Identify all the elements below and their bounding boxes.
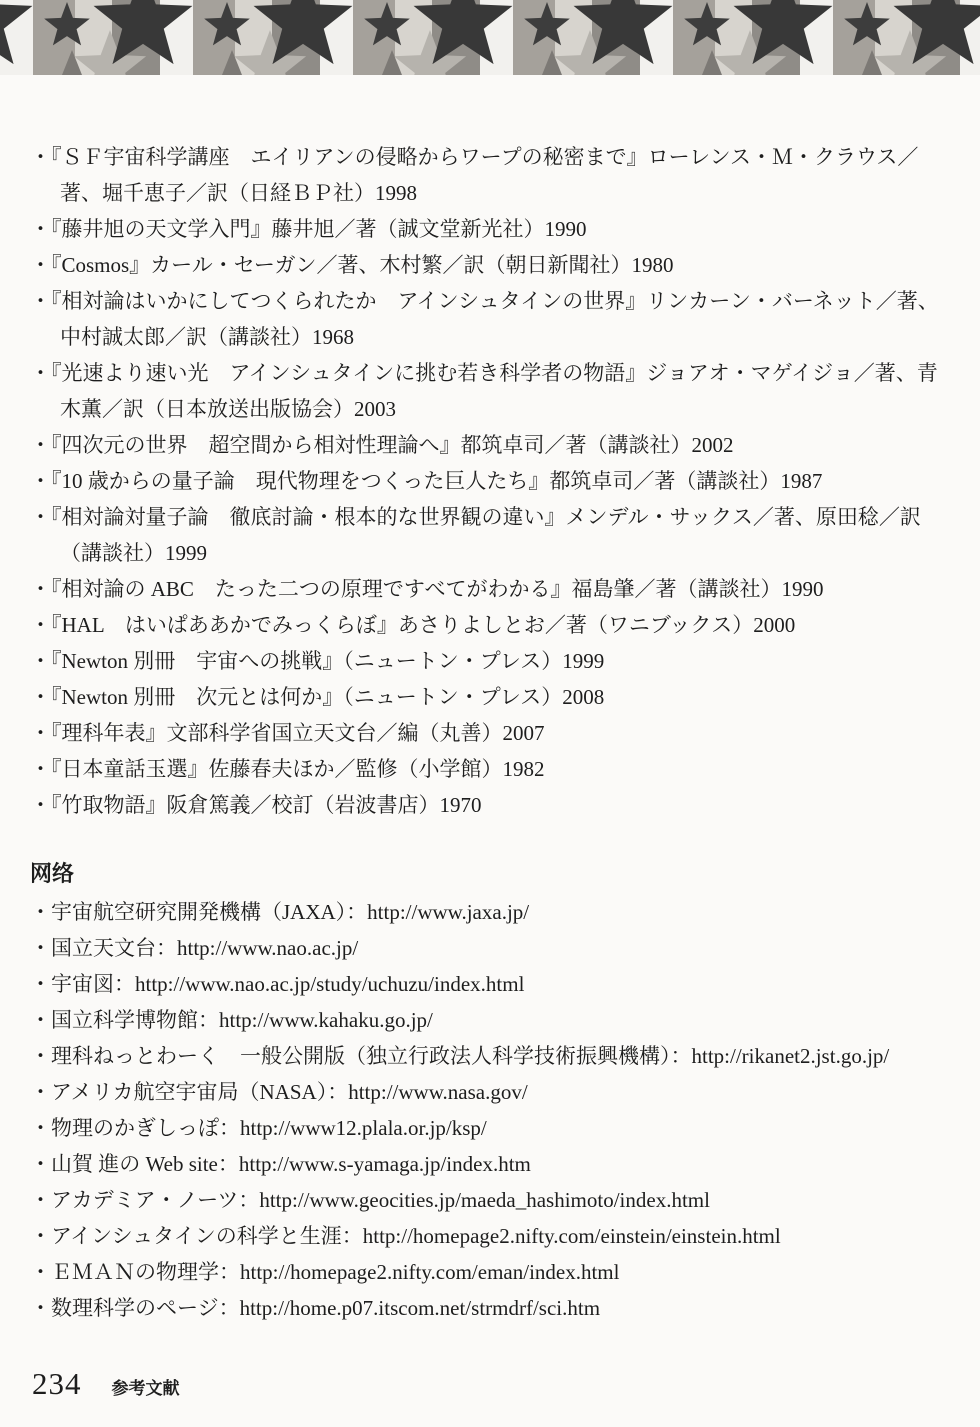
bullet-marker: ・ xyxy=(30,361,51,385)
bibliography-list: ・『ＳＦ宇宙科学講座 エイリアンの侵略からワープの秘密まで』ローレンス・Ｍ・クラ… xyxy=(0,139,980,823)
web-link-entry: ・物理のかぎしっぽ：http://www12.plala.or.jp/ksp/ xyxy=(30,1110,950,1146)
bibliography-entry: ・『ＳＦ宇宙科学講座 エイリアンの侵略からワープの秘密まで』ローレンス・Ｍ・クラ… xyxy=(30,139,950,211)
bullet-marker: ・ xyxy=(30,649,51,673)
bullet-marker: ・ xyxy=(30,1044,51,1068)
bullet-marker: ・ xyxy=(30,1080,51,1104)
entry-text: 宇宙図：http://www.nao.ac.jp/study/uchuzu/in… xyxy=(51,972,524,996)
entry-text: 『Cosmos』カール・セーガン／著、木村繁／訳（朝日新聞社）1980 xyxy=(51,253,674,277)
entry-text: アインシュタインの科学と生涯：http://homepage2.nifty.co… xyxy=(51,1224,781,1248)
web-link-entry: ・宇宙航空研究開発機構（JAXA）：http://www.jaxa.jp/ xyxy=(30,894,950,930)
book-page: ・『ＳＦ宇宙科学講座 エイリアンの侵略からワープの秘密まで』ローレンス・Ｍ・クラ… xyxy=(0,0,980,1427)
web-link-entry: ・国立科学博物館：http://www.kahaku.go.jp/ xyxy=(30,1002,950,1038)
bibliography-entry: ・『相対論はいかにしてつくられたか アインシュタインの世界』リンカーン・バーネッ… xyxy=(30,283,950,355)
bibliography-entry: ・『四次元の世界 超空間から相対性理論へ』都筑卓司／著（講談社）2002 xyxy=(30,427,950,463)
bibliography-entry: ・『光速より速い光 アインシュタインに挑む若き科学者の物語』ジョアオ・マゲイジョ… xyxy=(30,355,950,427)
entry-text: 『相対論はいかにしてつくられたか アインシュタインの世界』リンカーン・バーネット… xyxy=(51,289,939,349)
bullet-marker: ・ xyxy=(30,613,51,637)
entry-text: 『Newton 別冊 宇宙への挑戦』（ニュートン・プレス）1999 xyxy=(51,649,604,673)
entry-text: 『相対論対量子論 徹底討論・根本的な世界観の違い』メンデル・サックス／著、原田稔… xyxy=(51,505,921,565)
bullet-marker: ・ xyxy=(30,577,51,601)
entry-text: アカデミア・ノーツ：http://www.geocities.jp/maeda_… xyxy=(51,1188,710,1212)
bullet-marker: ・ xyxy=(30,1116,51,1140)
web-link-entry: ・ＥＭＡＮの物理学：http://homepage2.nifty.com/ema… xyxy=(30,1254,950,1290)
bibliography-entry: ・『HAL はいぱああかでみっくらぼ』あさりよしとお／著（ワニブックス）2000 xyxy=(30,607,950,643)
web-links-list: ・宇宙航空研究開発機構（JAXA）：http://www.jaxa.jp/ ・国… xyxy=(0,894,980,1326)
web-link-entry: ・アメリカ航空宇宙局（NASA）：http://www.nasa.gov/ xyxy=(30,1074,950,1110)
bullet-marker: ・ xyxy=(30,1188,51,1212)
entry-text: 『10 歳からの量子論 現代物理をつくった巨人たち』都筑卓司／著（講談社）198… xyxy=(51,469,822,493)
web-link-entry: ・数理科学のページ：http://home.p07.itscom.net/str… xyxy=(30,1290,950,1326)
web-link-entry: ・アインシュタインの科学と生涯：http://homepage2.nifty.c… xyxy=(30,1218,950,1254)
entry-text: 宇宙航空研究開発機構（JAXA）：http://www.jaxa.jp/ xyxy=(51,900,529,924)
bullet-marker: ・ xyxy=(30,469,51,493)
entry-text: 『ＳＦ宇宙科学講座 エイリアンの侵略からワープの秘密まで』ローレンス・Ｍ・クラウ… xyxy=(51,145,918,205)
bibliography-entry: ・『Cosmos』カール・セーガン／著、木村繁／訳（朝日新聞社）1980 xyxy=(30,247,950,283)
bullet-marker: ・ xyxy=(30,685,51,709)
bullet-marker: ・ xyxy=(30,1008,51,1032)
bibliography-entry: ・『竹取物語』阪倉篤義／校訂（岩波書店）1970 xyxy=(30,787,950,823)
bibliography-entry: ・『藤井旭の天文学入門』藤井旭／著（誠文堂新光社）1990 xyxy=(30,211,950,247)
bullet-marker: ・ xyxy=(30,289,51,313)
web-section-title: 网络 xyxy=(30,856,980,892)
entry-text: 国立科学博物館：http://www.kahaku.go.jp/ xyxy=(51,1008,433,1032)
bibliography-entry: ・『10 歳からの量子論 現代物理をつくった巨人たち』都筑卓司／著（講談社）19… xyxy=(30,463,950,499)
page-content: ・『ＳＦ宇宙科学講座 エイリアンの侵略からワープの秘密まで』ローレンス・Ｍ・クラ… xyxy=(0,139,980,1326)
bullet-marker: ・ xyxy=(30,217,51,241)
bullet-marker: ・ xyxy=(30,721,51,745)
web-link-entry: ・国立天文台：http://www.nao.ac.jp/ xyxy=(30,930,950,966)
bullet-marker: ・ xyxy=(30,972,51,996)
web-link-entry: ・アカデミア・ノーツ：http://www.geocities.jp/maeda… xyxy=(30,1182,950,1218)
bibliography-entry: ・『理科年表』文部科学省国立天文台／編（丸善）2007 xyxy=(30,715,950,751)
bibliography-entry: ・『Newton 別冊 次元とは何か』（ニュートン・プレス）2008 xyxy=(30,679,950,715)
bullet-marker: ・ xyxy=(30,793,51,817)
bullet-marker: ・ xyxy=(30,1296,51,1320)
page-number: 234 xyxy=(32,1366,82,1402)
entry-text: 山賀 進の Web site：http://www.s-yamaga.jp/in… xyxy=(51,1152,531,1176)
entry-text: 『竹取物語』阪倉篤義／校訂（岩波書店）1970 xyxy=(51,793,482,817)
web-link-entry: ・山賀 進の Web site：http://www.s-yamaga.jp/i… xyxy=(30,1146,950,1182)
bullet-marker: ・ xyxy=(30,1152,51,1176)
entry-text: ＥＭＡＮの物理学：http://homepage2.nifty.com/eman… xyxy=(51,1260,619,1284)
entry-text: 物理のかぎしっぽ：http://www12.plala.or.jp/ksp/ xyxy=(51,1116,487,1140)
bullet-marker: ・ xyxy=(30,253,51,277)
entry-text: 『藤井旭の天文学入門』藤井旭／著（誠文堂新光社）1990 xyxy=(51,217,587,241)
entry-text: 『光速より速い光 アインシュタインに挑む若き科学者の物語』ジョアオ・マゲイジョ／… xyxy=(51,361,938,421)
bullet-marker: ・ xyxy=(30,900,51,924)
bullet-marker: ・ xyxy=(30,1260,51,1284)
bullet-marker: ・ xyxy=(30,433,51,457)
web-link-entry: ・理科ねっとわーく 一般公開版（独立行政法人科学技術振興機構）：http://r… xyxy=(30,1038,950,1074)
bullet-marker: ・ xyxy=(30,757,51,781)
bibliography-entry: ・『日本童話玉選』佐藤春夫ほか／監修（小学館）1982 xyxy=(30,751,950,787)
entry-text: 『四次元の世界 超空間から相対性理論へ』都筑卓司／著（講談社）2002 xyxy=(51,433,734,457)
entry-text: アメリカ航空宇宙局（NASA）：http://www.nasa.gov/ xyxy=(51,1080,528,1104)
entry-text: 国立天文台：http://www.nao.ac.jp/ xyxy=(51,936,358,960)
entry-text: 『Newton 別冊 次元とは何か』（ニュートン・プレス）2008 xyxy=(51,685,604,709)
bibliography-entry: ・『相対論対量子論 徹底討論・根本的な世界観の違い』メンデル・サックス／著、原田… xyxy=(30,499,950,571)
star-banner-decoration xyxy=(0,0,980,75)
entry-text: 『理科年表』文部科学省国立天文台／編（丸善）2007 xyxy=(51,721,545,745)
bullet-marker: ・ xyxy=(30,145,51,169)
web-link-entry: ・宇宙図：http://www.nao.ac.jp/study/uchuzu/i… xyxy=(30,966,950,1002)
bullet-marker: ・ xyxy=(30,1224,51,1248)
bullet-marker: ・ xyxy=(30,505,51,529)
bullet-marker: ・ xyxy=(30,936,51,960)
page-footer: 234 参考文献 xyxy=(32,1366,180,1402)
bibliography-entry: ・『相対論の ABC たった二つの原理ですべてがわかる』福島肇／著（講談社）19… xyxy=(30,571,950,607)
entry-text: 『HAL はいぱああかでみっくらぼ』あさりよしとお／著（ワニブックス）2000 xyxy=(51,613,795,637)
bibliography-entry: ・『Newton 別冊 宇宙への挑戦』（ニュートン・プレス）1999 xyxy=(30,643,950,679)
footer-section-label: 参考文献 xyxy=(112,1374,180,1399)
entry-text: 『相対論の ABC たった二つの原理ですべてがわかる』福島肇／著（講談社）199… xyxy=(51,577,824,601)
entry-text: 数理科学のページ：http://home.p07.itscom.net/strm… xyxy=(51,1296,600,1320)
entry-text: 理科ねっとわーく 一般公開版（独立行政法人科学技術振興機構）：http://ri… xyxy=(51,1044,889,1068)
entry-text: 『日本童話玉選』佐藤春夫ほか／監修（小学館）1982 xyxy=(51,757,545,781)
